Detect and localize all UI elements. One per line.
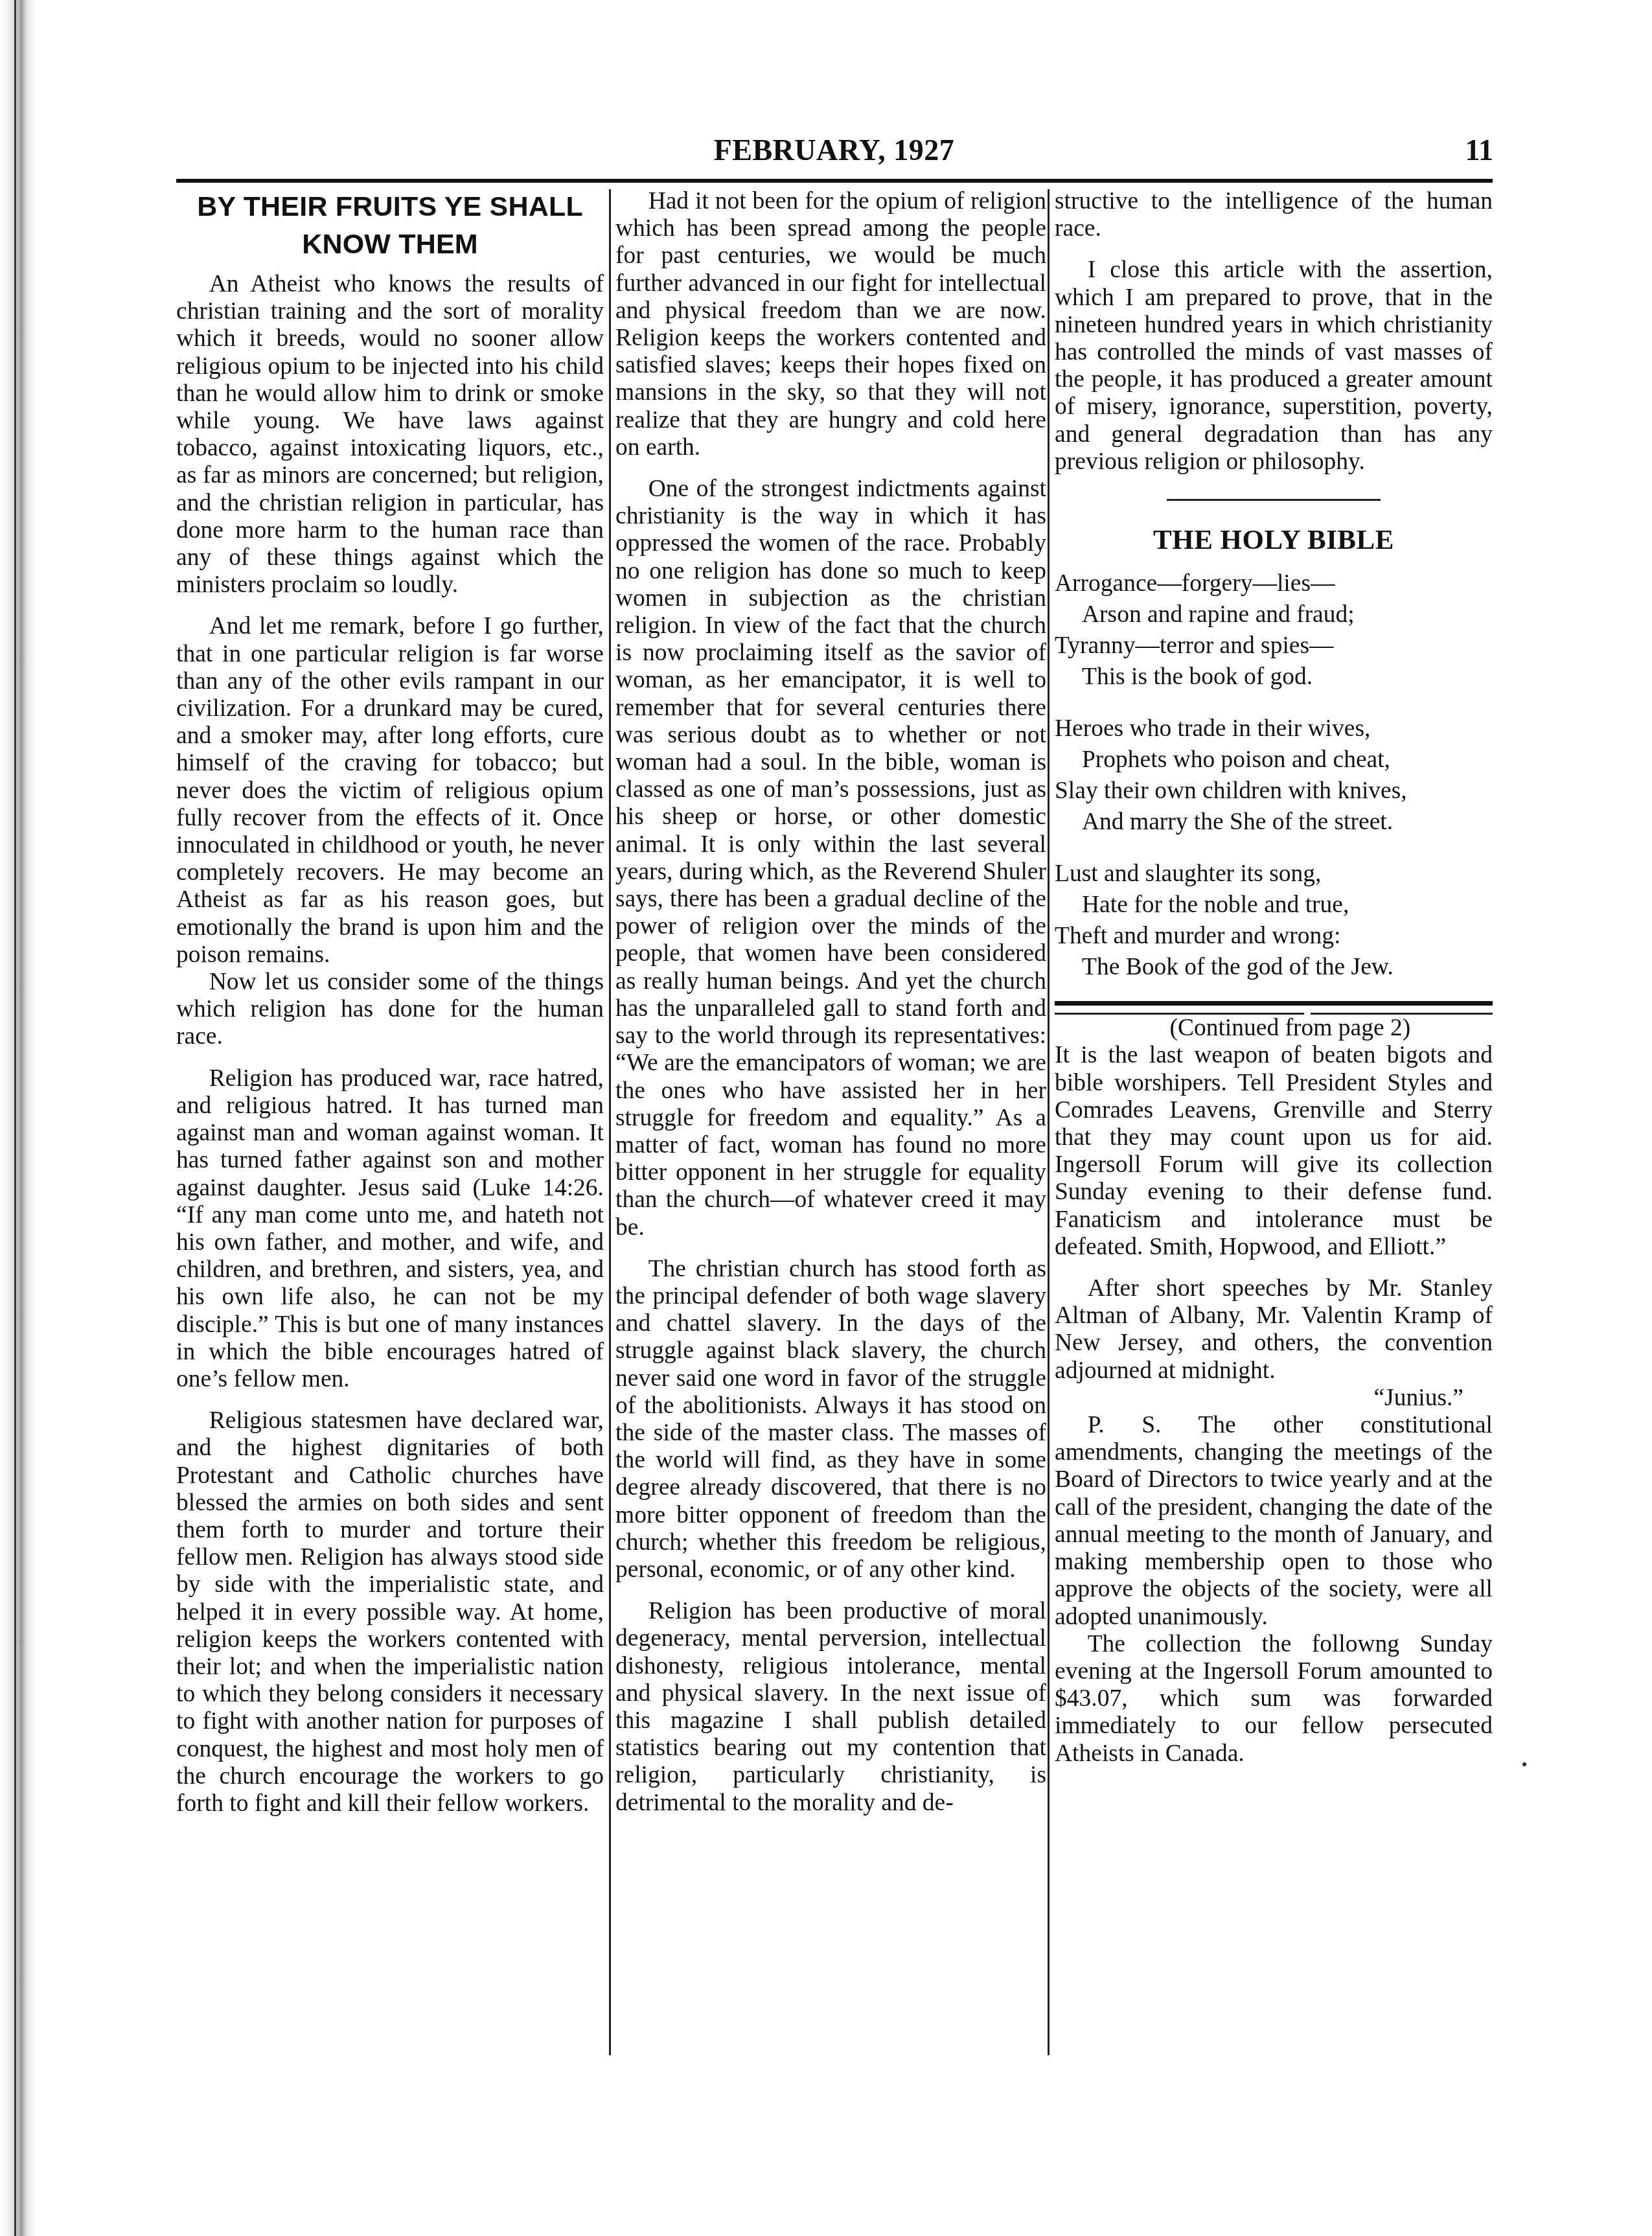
poem-line: This is the book of god. (1055, 662, 1493, 693)
paragraph: Now let us consider some of the things w… (176, 969, 604, 1051)
poem-line: Lust and slaughter its song, (1055, 859, 1493, 890)
poem-stanza: Heroes who trade in their wives, Prophet… (1055, 713, 1493, 838)
paragraph: Had it not been for the opium of religio… (615, 188, 1046, 461)
page-binding-shadow (0, 0, 36, 2236)
column-divider-1 (609, 189, 611, 2055)
column-1: BY THEIR FRUITS YE SHALL KNOW THEM An At… (176, 188, 604, 1817)
ink-speck (1522, 1762, 1526, 1766)
column-3: structive to the intelligence of the hum… (1055, 188, 1493, 1768)
poem-line: Arrogance—forgery—lies— (1055, 568, 1493, 599)
paragraph: I close this article with the assertion,… (1055, 257, 1493, 476)
poem-line: Prophets who poison and cheat, (1055, 744, 1493, 776)
running-header: FEBRUARY, 1927 11 (175, 133, 1493, 172)
paragraph: After short speeches by Mr. Stanley Altm… (1055, 1275, 1493, 1385)
paragraph: Religious statesmen have declared war, a… (176, 1407, 604, 1817)
issue-date: FEBRUARY, 1927 (175, 133, 1493, 167)
paragraph: Religion has produced war, race hatred, … (176, 1065, 604, 1393)
continued-label: (Continued from page 2) (1055, 1015, 1493, 1042)
double-rule-divider (1055, 1001, 1493, 1015)
paragraph: An Atheist who knows the results of chri… (176, 271, 604, 599)
paragraph: It is the last weapon of beaten bigots a… (1055, 1042, 1493, 1261)
paragraph: The christian church has stood forth as … (615, 1256, 1046, 1584)
poem-line: Arson and rapine and fraud; (1055, 599, 1493, 630)
poem-title: THE HOLY BIBLE (1055, 527, 1493, 554)
poem-line: Tyranny—terror and spies— (1055, 630, 1493, 662)
thick-rule (1055, 1001, 1493, 1006)
poem-line: And marry the She of the street. (1055, 807, 1493, 838)
poem: Arrogance—forgery—lies— Arson and rapine… (1055, 568, 1493, 983)
column-divider-2 (1048, 189, 1050, 2055)
author-signature: “Junius.” (1055, 1385, 1493, 1412)
poem-line: Heroes who trade in their wives, (1055, 713, 1493, 744)
poem-line: The Book of the god of the Jew. (1055, 952, 1493, 983)
poem-stanza: Arrogance—forgery—lies— Arson and rapine… (1055, 568, 1493, 693)
section-divider (1167, 499, 1381, 501)
paragraph: P. S. The other constitutional amendment… (1055, 1412, 1493, 1631)
page-number: 11 (1465, 133, 1493, 167)
paragraph: Religion has been productive of moral de… (615, 1598, 1046, 1817)
article-title: BY THEIR FRUITS YE SHALL KNOW THEM (176, 188, 604, 263)
paragraph: One of the strongest indictments against… (615, 476, 1046, 1241)
poem-line: Hate for the noble and true, (1055, 890, 1493, 921)
page-binding-edge (14, 0, 16, 2236)
paragraph: And let me remark, before I go further, … (176, 613, 604, 969)
poem-stanza: Lust and slaughter its song, Hate for th… (1055, 859, 1493, 983)
poem-line: Slay their own children with knives, (1055, 776, 1493, 807)
paragraph: The collection the followng Sunday eveni… (1055, 1631, 1493, 1768)
poem-line: Theft and murder and wrong: (1055, 921, 1493, 952)
paragraph: structive to the intelligence of the hum… (1055, 188, 1493, 242)
article-title-line-2: KNOW THEM (176, 225, 604, 263)
header-rule (176, 179, 1493, 183)
column-2: Had it not been for the opium of religio… (615, 188, 1046, 1817)
article-title-line-1: BY THEIR FRUITS YE SHALL (176, 188, 604, 225)
